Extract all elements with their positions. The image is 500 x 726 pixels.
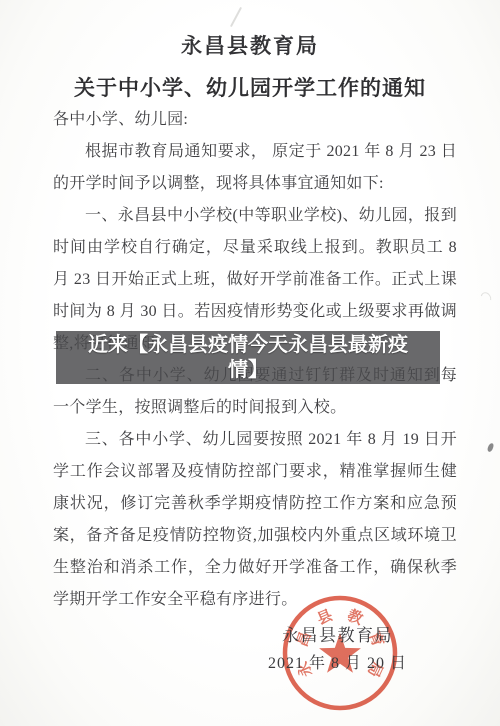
scan-smudge-mark xyxy=(479,290,494,305)
paragraph-item-3: 三、各中小学、幼儿园要按照 2021 年 8 月 19 日开学工作会议部署及疫情… xyxy=(53,424,457,616)
signature-date: 2021 年 8 月 20 日 xyxy=(255,650,420,673)
overlay-caption-text: 近来【永昌县疫情今天永昌县最新疫情】 xyxy=(77,333,419,383)
overlay-caption-banner: 近来【永昌县疫情今天永昌县最新疫情】 xyxy=(56,331,440,384)
paragraph-intro: 根据市教育局通知要求， 原定于 2021 年 8 月 23 日的开学时间予以调整… xyxy=(53,136,457,200)
scan-ink-speck xyxy=(487,442,495,452)
salutation: 各中小学、幼儿园: xyxy=(53,104,457,136)
signature-name: 永昌县教育局 xyxy=(255,621,420,646)
subject-title: 关于中小学、幼儿园开学工作的通知 xyxy=(0,72,500,102)
scanned-notice-page: 永昌县教育局 关于中小学、幼儿园开学工作的通知 各中小学、幼儿园: 根据市教育局… xyxy=(0,0,500,726)
scan-scratch-mark xyxy=(230,7,242,27)
org-title: 永昌县教育局 xyxy=(0,30,500,60)
